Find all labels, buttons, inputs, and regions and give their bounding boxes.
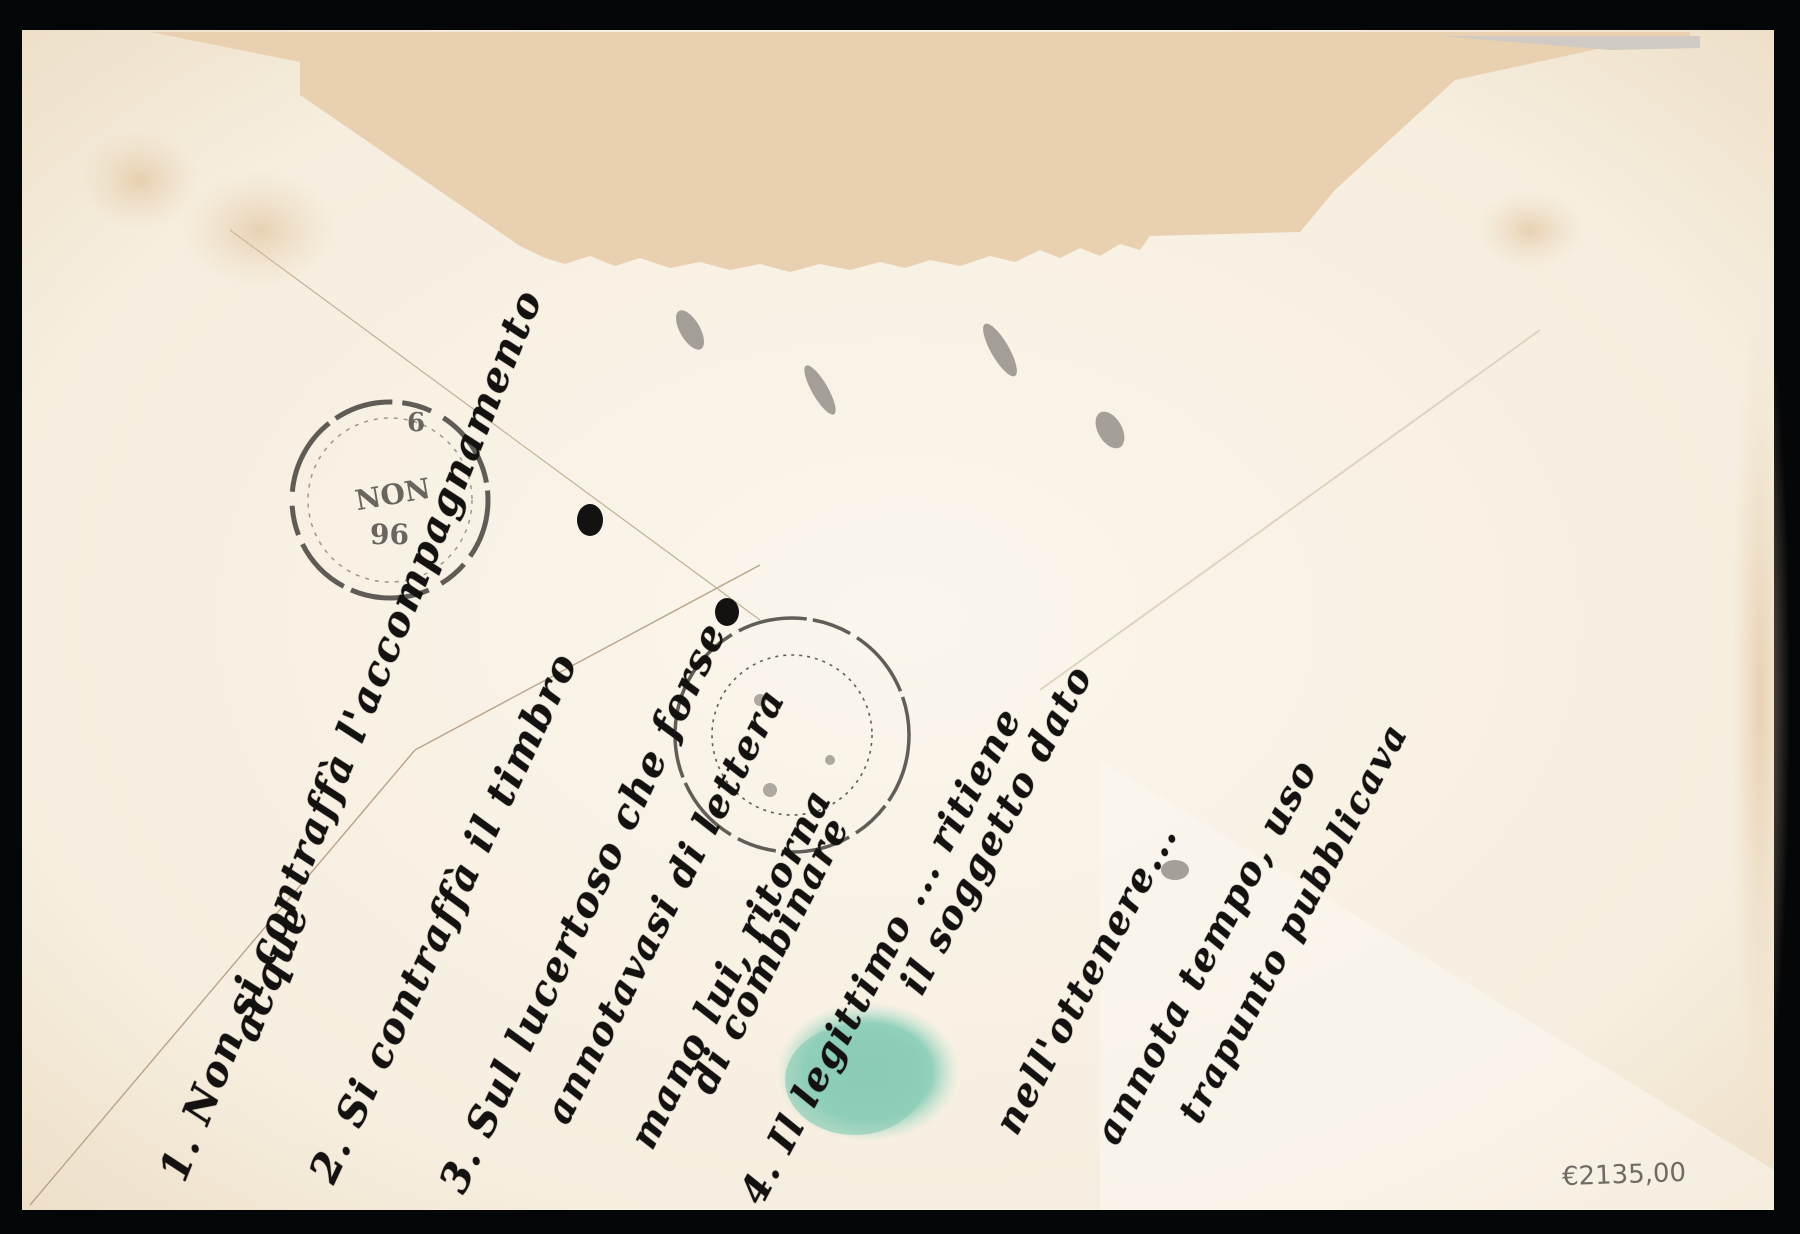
envelope-illustration (0, 0, 1800, 1234)
postmark-left-day: 6 (407, 408, 425, 438)
price-annotation: €2135,00 (1562, 1158, 1687, 1192)
envelope-photo: 6 NON 96 1. Non si contraffà l'accompagn… (0, 0, 1800, 1234)
